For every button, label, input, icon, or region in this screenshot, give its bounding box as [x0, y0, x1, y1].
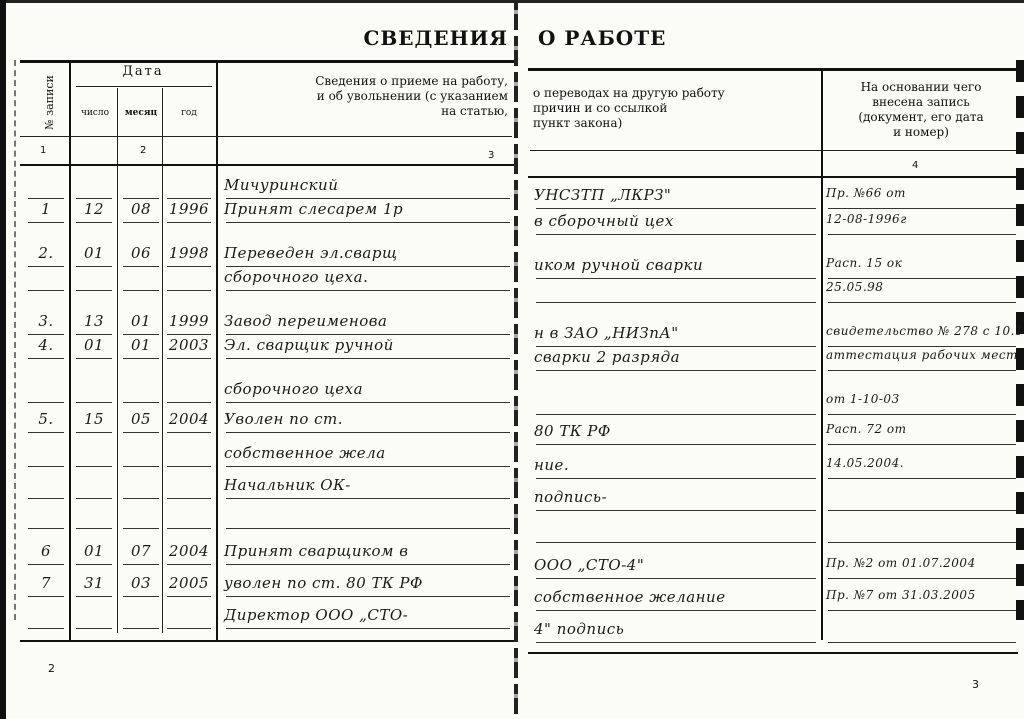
row-rule — [536, 610, 816, 611]
entry-basis: Пр. №66 от — [826, 186, 1018, 200]
col-divider-1 — [69, 60, 71, 640]
entry-text-left: собственное жела — [224, 444, 512, 462]
row-rule — [536, 414, 816, 415]
header-bottom-border-left — [20, 164, 514, 166]
column-number-3: 3 — [488, 150, 494, 161]
entry-year: 2003 — [165, 336, 213, 354]
row-rule — [536, 278, 816, 279]
entry-year: 2004 — [165, 542, 213, 560]
row-rule — [167, 334, 211, 335]
row-rule — [28, 498, 64, 499]
header-year: год — [164, 106, 214, 121]
row-rule — [536, 542, 816, 543]
entry-day: 31 — [74, 574, 114, 592]
entry-month: 01 — [121, 336, 161, 354]
entry-text-right: 80 ТК РФ — [534, 422, 818, 440]
entry-year: 1998 — [165, 244, 213, 262]
entry-text-left: Мичуринский — [224, 176, 512, 194]
title-left: СВЕДЕНИЯ — [363, 26, 508, 50]
entry-year: 1999 — [165, 312, 213, 330]
header-col4: На основании чего внесена запись (докуме… — [826, 80, 1016, 140]
row-rule — [123, 466, 159, 467]
row-rule — [226, 564, 510, 565]
row-rule — [167, 628, 211, 629]
column-number-1: 1 — [40, 145, 46, 156]
header-day: число — [73, 106, 117, 121]
entry-no: 5. — [26, 410, 66, 428]
row-rule — [28, 528, 64, 529]
row-rule — [828, 278, 1016, 279]
entry-day: 01 — [74, 542, 114, 560]
entry-month: 05 — [121, 410, 161, 428]
row-rule — [28, 334, 64, 335]
header-col3-right: о переводах на другую работу причин и со… — [533, 86, 813, 131]
row-rule — [76, 466, 112, 467]
row-rule — [167, 432, 211, 433]
row-rule — [226, 358, 510, 359]
entry-basis: 12-08-1996г — [826, 212, 1018, 226]
row-rule — [536, 208, 816, 209]
page-right-edge — [1016, 60, 1024, 620]
row-rule — [28, 402, 64, 403]
row-rule — [226, 198, 510, 199]
row-rule — [123, 266, 159, 267]
row-rule — [226, 432, 510, 433]
row-rule — [123, 358, 159, 359]
row-rule — [123, 596, 159, 597]
entry-day: 12 — [74, 200, 114, 218]
page-number-right: 3 — [972, 678, 979, 691]
header-underline-right — [530, 150, 1016, 151]
entry-text-right: в сборочный цех — [534, 212, 818, 230]
row-rule — [536, 234, 816, 235]
page-number-left: 2 — [48, 662, 55, 675]
row-rule — [76, 528, 112, 529]
row-rule — [828, 370, 1016, 371]
entry-month: 08 — [121, 200, 161, 218]
row-rule — [76, 290, 112, 291]
row-rule — [28, 222, 64, 223]
entry-text-left: Уволен по ст. — [224, 410, 512, 428]
entry-text-right: 4" подпись — [534, 620, 818, 638]
row-rule — [123, 498, 159, 499]
column-number-2: 2 — [140, 145, 146, 156]
table-bottom-border-left — [20, 640, 514, 642]
entry-day: 01 — [74, 336, 114, 354]
row-rule — [828, 478, 1016, 479]
col-divider-2 — [216, 60, 218, 640]
row-rule — [536, 444, 816, 445]
row-rule — [167, 402, 211, 403]
row-rule — [167, 358, 211, 359]
row-rule — [828, 444, 1016, 445]
entry-text-left: Принят слесарем 1р — [224, 200, 512, 218]
entry-text-right: сварки 2 разряда — [534, 348, 818, 366]
row-rule — [76, 498, 112, 499]
row-rule — [226, 402, 510, 403]
entry-day: 13 — [74, 312, 114, 330]
row-rule — [226, 528, 510, 529]
row-rule — [536, 346, 816, 347]
entry-basis: аттестация рабочих мест — [826, 348, 1018, 362]
row-rule — [167, 290, 211, 291]
entry-basis: 25.05.98 — [826, 280, 1018, 294]
row-rule — [828, 302, 1016, 303]
row-rule — [76, 222, 112, 223]
row-rule — [828, 610, 1016, 611]
row-rule — [536, 642, 816, 643]
row-rule — [123, 432, 159, 433]
row-rule — [123, 402, 159, 403]
entry-text-left: Завод переименова — [224, 312, 512, 330]
entry-month: 03 — [121, 574, 161, 592]
entry-text-right: подпись- — [534, 488, 818, 506]
row-rule — [167, 498, 211, 499]
row-rule — [828, 346, 1016, 347]
row-rule — [226, 334, 510, 335]
table-top-border-left — [20, 60, 514, 63]
entry-basis: Пр. №2 от 01.07.2004 — [826, 556, 1018, 570]
row-rule — [828, 542, 1016, 543]
row-rule — [226, 466, 510, 467]
entry-no: 3. — [26, 312, 66, 330]
row-rule — [536, 510, 816, 511]
entry-basis: Расп. 72 от — [826, 422, 1018, 436]
row-rule — [28, 358, 64, 359]
row-rule — [123, 290, 159, 291]
row-rule — [536, 578, 816, 579]
column-number-4: 4 — [912, 160, 918, 171]
entry-month: 06 — [121, 244, 161, 262]
col-divider-month — [162, 88, 163, 633]
entry-no: 6 — [26, 542, 66, 560]
entry-year: 1996 — [165, 200, 213, 218]
table-top-border-right — [528, 68, 1018, 71]
header-col3-left: Сведения о приеме на работу, и об увольн… — [224, 74, 508, 119]
entry-text-right: н в ЗАО „НИЗпА" — [534, 324, 818, 342]
row-rule — [76, 628, 112, 629]
table-bottom-border-right — [528, 652, 1018, 654]
row-rule — [226, 222, 510, 223]
title-right: О РАБОТЕ — [538, 26, 666, 50]
entry-basis: 14.05.2004. — [826, 456, 1018, 470]
row-rule — [536, 478, 816, 479]
entry-text-left: сборочного цеха — [224, 380, 512, 398]
row-rule — [167, 266, 211, 267]
row-rule — [76, 596, 112, 597]
row-rule — [828, 208, 1016, 209]
row-rule — [76, 198, 112, 199]
entry-basis: от 1-10-03 — [826, 392, 1018, 406]
entry-basis: свидетельство № 278 с 10.10.98 — [826, 324, 1018, 338]
row-rule — [167, 198, 211, 199]
row-rule — [28, 266, 64, 267]
entry-text-right: ООО „СТО-4" — [534, 556, 818, 574]
entry-text-left: Эл. сварщик ручной — [224, 336, 512, 354]
entry-no: 1 — [26, 200, 66, 218]
entry-text-right: иком ручной сварки — [534, 256, 818, 274]
row-rule — [28, 466, 64, 467]
row-rule — [28, 290, 64, 291]
row-rule — [167, 596, 211, 597]
entry-no: 7 — [26, 574, 66, 592]
entry-text-right: УНСЗТП „ЛКРЗ" — [534, 186, 818, 204]
row-rule — [123, 222, 159, 223]
page-left-edge — [0, 0, 6, 719]
row-rule — [76, 266, 112, 267]
row-rule — [226, 596, 510, 597]
header-month: месяц — [119, 106, 163, 121]
row-rule — [76, 334, 112, 335]
row-rule — [536, 302, 816, 303]
entry-year: 2004 — [165, 410, 213, 428]
book-spine — [514, 0, 518, 719]
entry-year: 2005 — [165, 574, 213, 592]
row-rule — [167, 222, 211, 223]
row-rule — [28, 596, 64, 597]
row-rule — [226, 498, 510, 499]
header-date-underline — [76, 86, 212, 87]
row-rule — [28, 628, 64, 629]
row-rule — [828, 510, 1016, 511]
header-entry-number: № записи — [22, 72, 76, 132]
entry-basis: Пр. №7 от 31.03.2005 — [826, 588, 1018, 602]
row-rule — [828, 414, 1016, 415]
row-rule — [123, 528, 159, 529]
row-rule — [536, 370, 816, 371]
entry-text-right: ние. — [534, 456, 818, 474]
entry-text-left: Переведен эл.сварщ — [224, 244, 512, 262]
row-rule — [123, 334, 159, 335]
row-rule — [76, 432, 112, 433]
row-rule — [226, 290, 510, 291]
entry-basis: Расп. 15 ок — [826, 256, 1018, 270]
row-rule — [226, 266, 510, 267]
entry-no: 2. — [26, 244, 66, 262]
header-date: Дата — [76, 64, 210, 79]
row-rule — [123, 198, 159, 199]
row-rule — [76, 358, 112, 359]
row-rule — [167, 466, 211, 467]
header-underline-left — [20, 136, 512, 137]
row-rule — [226, 628, 510, 629]
row-rule — [828, 642, 1016, 643]
row-rule — [76, 402, 112, 403]
row-rule — [28, 564, 64, 565]
row-rule — [167, 564, 211, 565]
entry-text-left: Принят сварщиком в — [224, 542, 512, 560]
entry-text-left: уволен по ст. 80 ТК РФ — [224, 574, 512, 592]
entry-text-left: Директор ООО „СТО- — [224, 606, 512, 624]
entry-day: 01 — [74, 244, 114, 262]
entry-text-right: собственное желание — [534, 588, 818, 606]
row-rule — [76, 564, 112, 565]
entry-month: 07 — [121, 542, 161, 560]
row-rule — [123, 564, 159, 565]
col-divider-4 — [821, 70, 823, 640]
entry-no: 4. — [26, 336, 66, 354]
row-rule — [828, 234, 1016, 235]
row-rule — [167, 528, 211, 529]
entry-text-left: сборочного цеха. — [224, 268, 512, 286]
page-perforation — [14, 60, 19, 620]
entry-month: 01 — [121, 312, 161, 330]
row-rule — [123, 628, 159, 629]
row-rule — [828, 578, 1016, 579]
entry-day: 15 — [74, 410, 114, 428]
col-divider-day — [117, 88, 118, 633]
row-rule — [28, 198, 64, 199]
page-top-edge — [0, 0, 1024, 3]
entry-text-left: Начальник ОК- — [224, 476, 512, 494]
header-bottom-border-right — [528, 176, 1018, 178]
row-rule — [28, 432, 64, 433]
